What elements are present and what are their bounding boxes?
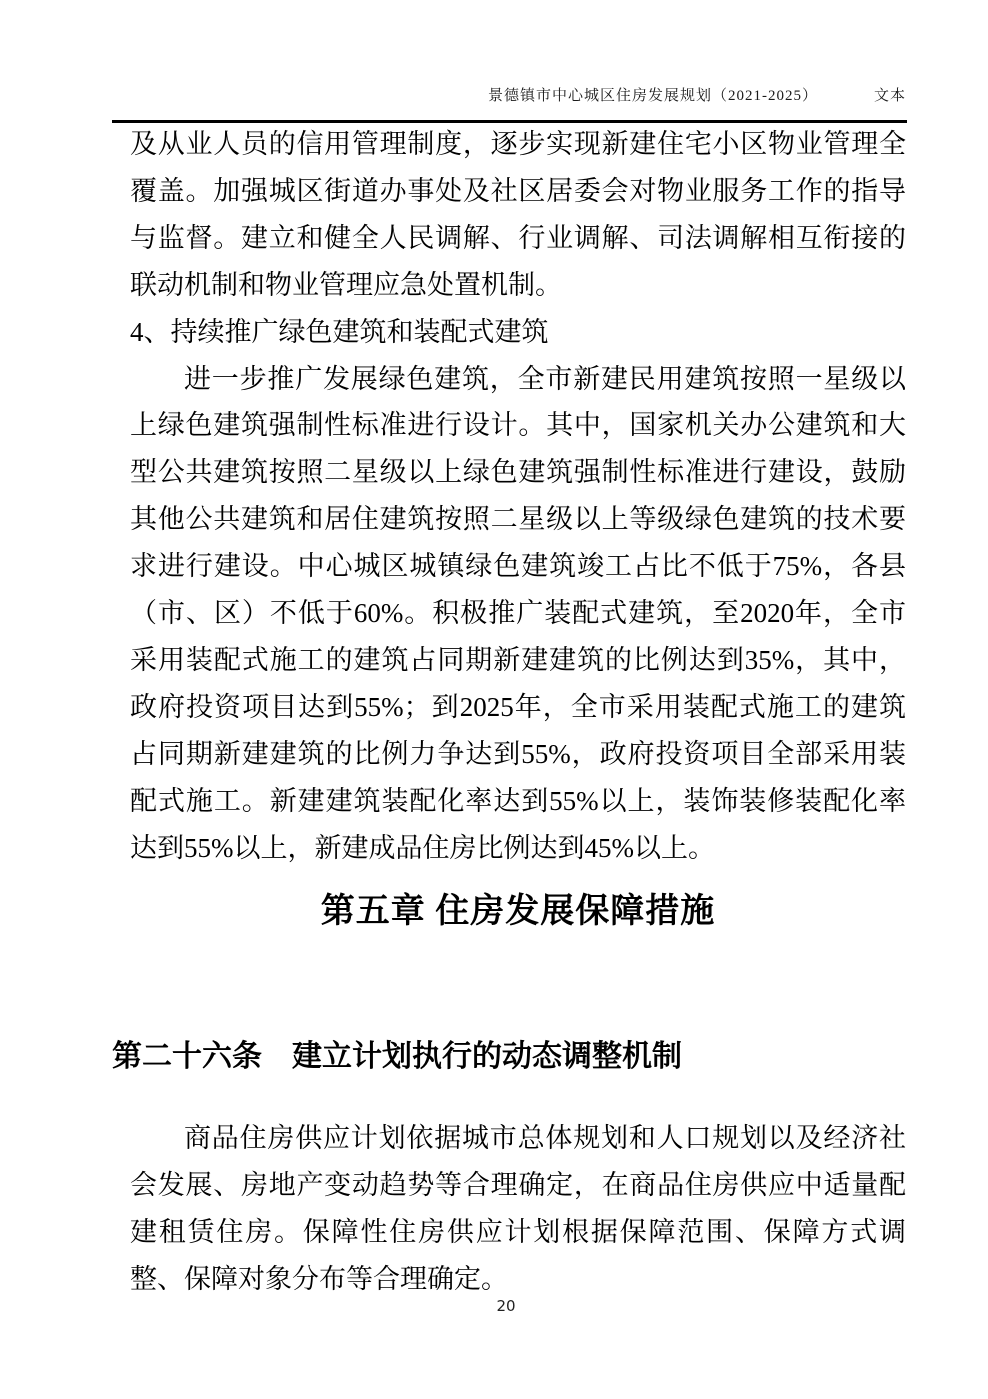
paragraph-green-building: 进一步推广发展绿色建筑，全市新建民用建筑按照一星级以上绿色建筑强制性标准进行设计…: [130, 356, 906, 872]
header-title: 景德镇市中心城区住房发展规划（2021-2025）: [488, 88, 818, 104]
chapter-heading: 第五章 住房发展保障措施: [130, 888, 906, 936]
page-header: 景德镇市中心城区住房发展规划（2021-2025）文本: [130, 84, 906, 105]
paragraph-article-body: 商品住房供应计划依据城市总体规划和人口规划以及经济社会发展、房地产变动趋势等合理…: [130, 1115, 906, 1303]
header-doc-type: 文本: [874, 88, 906, 104]
article-number: 第二十六条: [112, 1040, 262, 1073]
paragraph-property-management: 及从业人员的信用管理制度，逐步实现新建住宅小区物业管理全覆盖。加强城区街道办事处…: [130, 121, 906, 309]
page-number: 20: [0, 1297, 988, 1315]
article-heading: 第二十六条建立计划执行的动态调整机制: [112, 1035, 924, 1079]
body-text-block: 及从业人员的信用管理制度，逐步实现新建住宅小区物业管理全覆盖。加强城区街道办事处…: [130, 121, 906, 872]
article-title: 建立计划执行的动态调整机制: [292, 1040, 682, 1073]
list-item-heading-green-building: 4、持续推广绿色建筑和装配式建筑: [130, 309, 906, 356]
document-page: 景德镇市中心城区住房发展规划（2021-2025）文本 及从业人员的信用管理制度…: [0, 0, 988, 1399]
